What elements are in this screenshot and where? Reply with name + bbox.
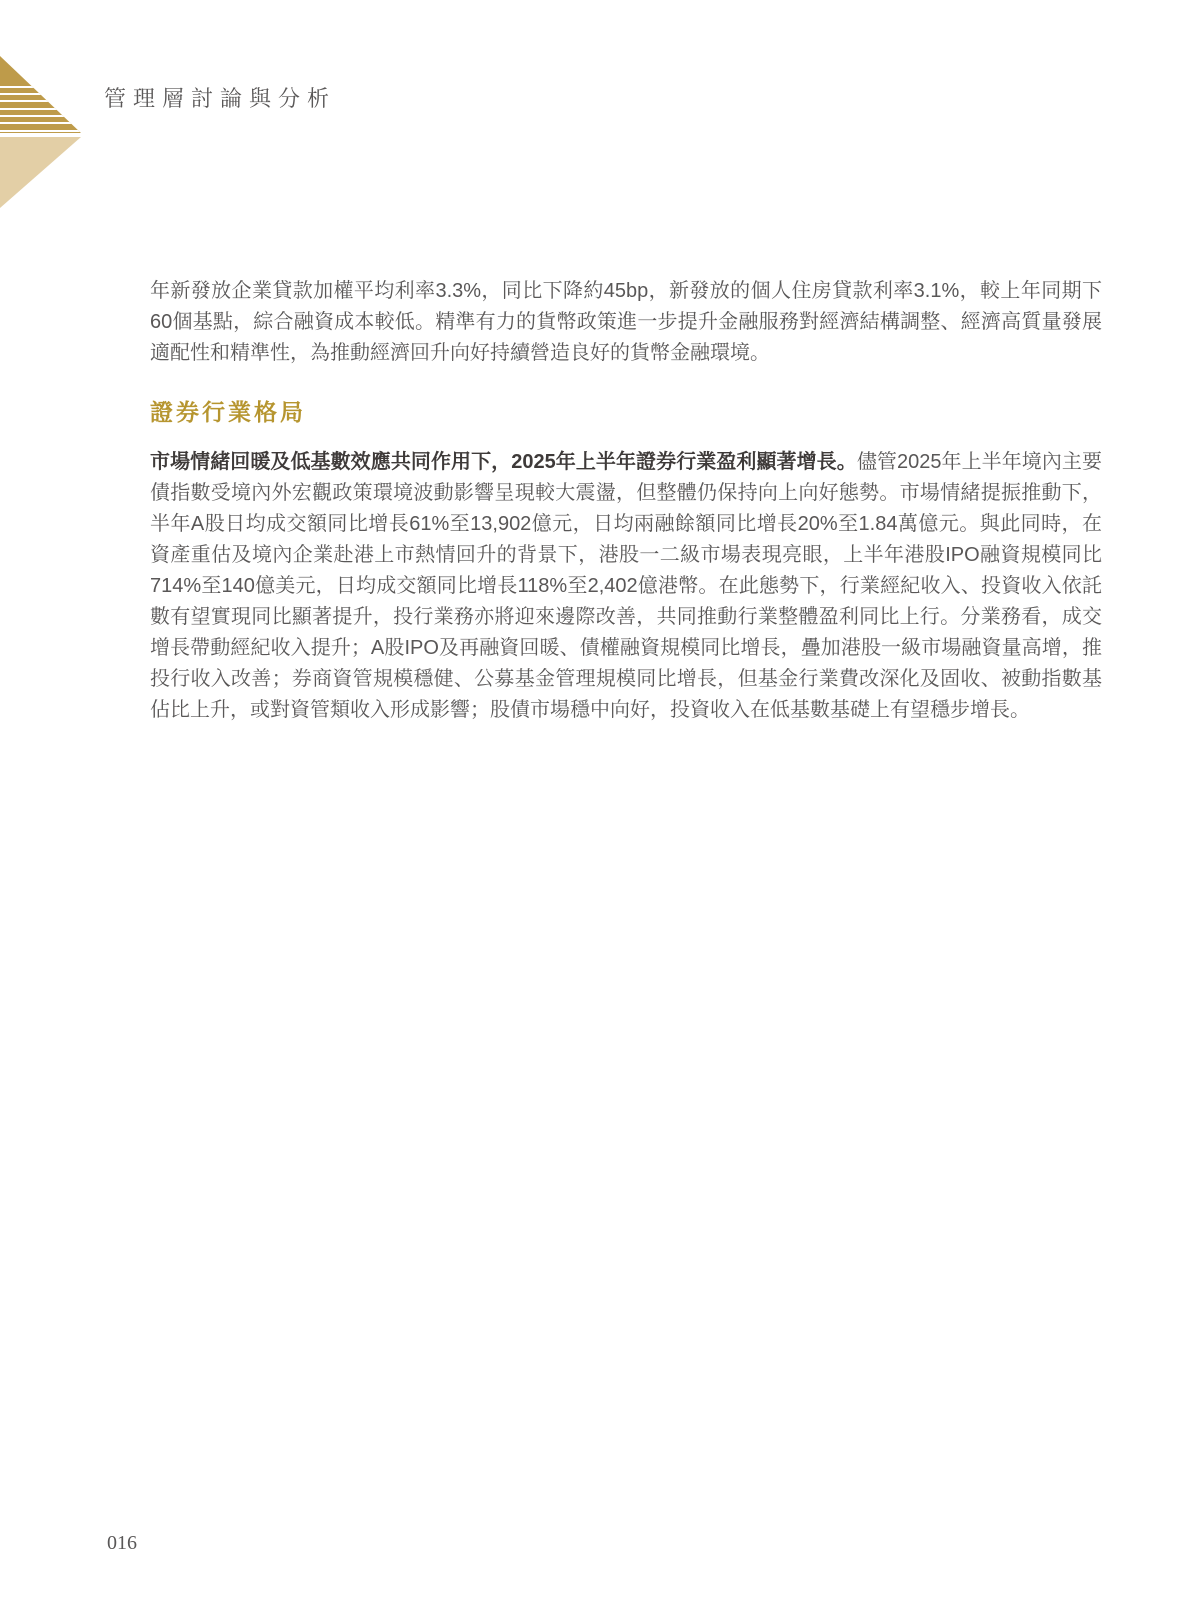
page-number: 016 (107, 1532, 137, 1555)
text-line: 適配性和精準性，為推動經濟回升向好持續營造良好的貨幣金融環境。 (150, 338, 1102, 369)
text-line: 債指數受境內外宏觀政策環境波動影響呈現較大震盪，但整體仍保持向上向好態勢。市場情… (150, 478, 1102, 509)
text-line: 市場情緒回暖及低基數效應共同作用下，2025年上半年證券行業盈利顯著增長。儘管2… (150, 447, 1102, 478)
paragraph-monetary-policy: 年新發放企業貸款加權平均利率3.3%，同比下降約45bp，新發放的個人住房貸款利… (150, 276, 1102, 369)
tan-triangle (0, 137, 81, 208)
report-page: 管理層討論與分析 年新發放企業貸款加權平均利率3.3%，同比下降約45bp，新發… (0, 0, 1190, 1615)
text-line: 數有望實現同比顯著提升，投行業務亦將迎來邊際改善，共同推動行業整體盈利同比上行。… (150, 602, 1102, 633)
stripe (0, 122, 82, 124)
bold-lead-sentence: 市場情緒回暖及低基數效應共同作用下，2025年上半年證券行業盈利顯著增長。 (150, 451, 857, 473)
stripe (0, 130, 82, 132)
main-text-column: 年新發放企業貸款加權平均利率3.3%，同比下降約45bp，新發放的個人住房貸款利… (150, 276, 1102, 736)
text-line: 60個基點，綜合融資成本較低。精準有力的貨幣政策進一步提升金融服務對經濟結構調整… (150, 307, 1102, 338)
text-line: 投行收入改善；券商資管規模穩健、公募基金管理規模同比增長，但基金行業費改深化及固… (150, 664, 1102, 695)
text-line: 佔比上升，或對資管類收入形成影響；股債市場穩中向好，投資收入在低基數基礎上有望穩… (150, 695, 1102, 726)
text-line: 714%至140億美元，日均成交額同比增長118%至2,402億港幣。在此態勢下… (150, 571, 1102, 602)
stripe (0, 108, 82, 110)
text-line: 增長帶動經紀收入提升；A股IPO及再融資回暖、債權融資規模同比增長，疊加港股一級… (150, 633, 1102, 664)
paragraph-securities-industry: 市場情緒回暖及低基數效應共同作用下，2025年上半年證券行業盈利顯著增長。儘管2… (150, 447, 1102, 726)
section-heading-securities-industry: 證券行業格局 (150, 394, 306, 427)
stripe (0, 100, 82, 102)
stripe (0, 115, 82, 117)
page-header-title: 管理層討論與分析 (104, 82, 336, 113)
text-line: 年新發放企業貸款加權平均利率3.3%，同比下降約45bp，新發放的個人住房貸款利… (150, 276, 1102, 307)
text-line: 半年A股日均成交額同比增長61%至13,902億元，日均兩融餘額同比增長20%至… (150, 509, 1102, 540)
corner-triangle-decoration (0, 55, 82, 209)
text-line: 資產重估及境內企業赴港上市熱情回升的背景下，港股一二級市場表現亮眼，上半年港股I… (150, 540, 1102, 571)
stripe (0, 86, 82, 88)
stripe (0, 93, 82, 95)
